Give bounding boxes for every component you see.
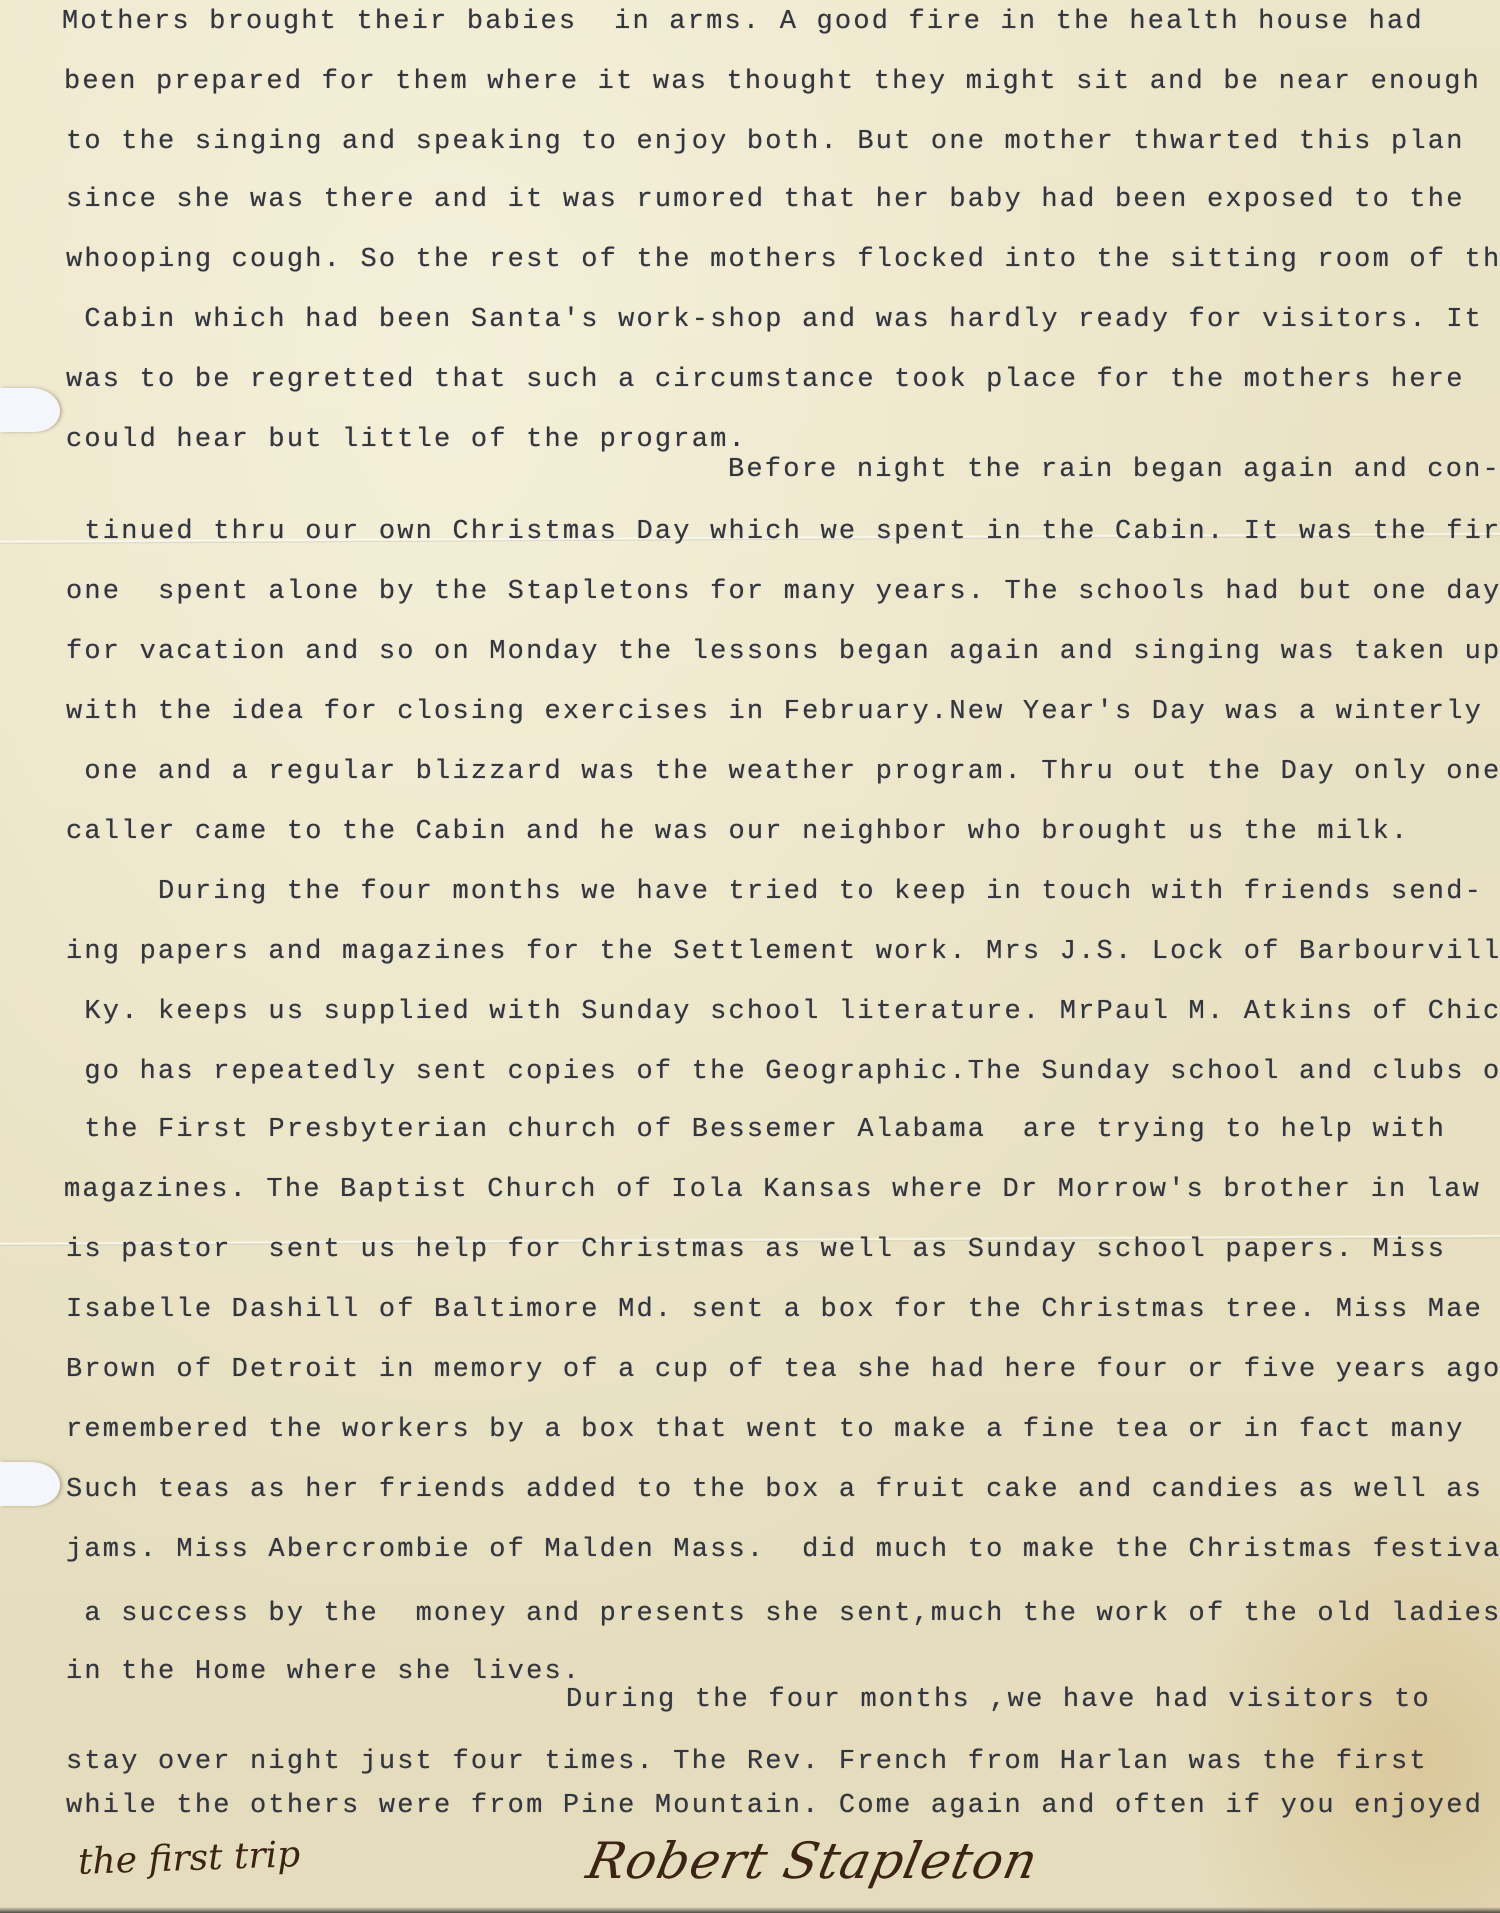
typed-line: could hear but little of the program. <box>66 424 747 456</box>
typed-line: ing papers and magazines for the Settlem… <box>66 936 1500 968</box>
typed-line: stay over night just four times. The Rev… <box>66 1746 1428 1778</box>
typed-line: remembered the workers by a box that wen… <box>66 1414 1465 1446</box>
typed-line: since she was there and it was rumored t… <box>66 184 1465 216</box>
typed-line: Mothers brought their babies in arms. A … <box>62 6 1424 38</box>
typed-line: magazines. The Baptist Church of Iola Ka… <box>64 1174 1481 1206</box>
signature: Robert Stapleton <box>582 1832 1044 1890</box>
typed-line: one spent alone by the Stapletons for ma… <box>66 576 1500 608</box>
typed-line: Brown of Detroit in memory of a cup of t… <box>66 1354 1500 1386</box>
typed-line: in the Home where she lives. <box>66 1656 581 1688</box>
typed-line: During the four months we have tried to … <box>66 876 1483 908</box>
typed-line: while the others were from Pine Mountain… <box>66 1790 1483 1822</box>
typed-line: is pastor sent us help for Christmas as … <box>66 1234 1446 1266</box>
typed-line: Cabin which had been Santa's work-shop a… <box>66 304 1483 336</box>
typed-letter-page: Mothers brought their babies in arms. A … <box>0 0 1500 1913</box>
typed-line: to the singing and speaking to enjoy bot… <box>66 126 1465 158</box>
typed-line: the First Presbyterian church of Besseme… <box>66 1114 1446 1146</box>
typed-line: whooping cough. So the rest of the mothe… <box>66 244 1500 276</box>
typed-line: jams. Miss Abercrombie of Malden Mass. d… <box>66 1534 1500 1566</box>
typed-line: go has repeatedly sent copies of the Geo… <box>66 1056 1500 1088</box>
typed-line: been prepared for them where it was thou… <box>64 66 1481 98</box>
typed-line: Isabelle Dashill of Baltimore Md. sent a… <box>66 1294 1483 1326</box>
typed-line: tinued thru our own Christmas Day which … <box>66 516 1500 548</box>
typed-line: a success by the money and presents she … <box>66 1598 1500 1630</box>
typed-line: for vacation and so on Monday the lesson… <box>66 636 1500 668</box>
typed-line: Before night the rain began again and co… <box>728 454 1500 486</box>
typed-line: one and a regular blizzard was the weath… <box>66 756 1500 788</box>
binder-hole <box>0 388 60 432</box>
typed-line: Ky. keeps us supplied with Sunday school… <box>66 996 1500 1028</box>
typed-line: During the four months ,we have had visi… <box>566 1684 1431 1716</box>
handwritten-note: the first trip <box>77 1834 301 1883</box>
binder-hole <box>0 1462 60 1506</box>
page-bottom-edge <box>0 1907 1500 1913</box>
typed-line: Such teas as her friends added to the bo… <box>66 1474 1483 1506</box>
typed-line: was to be regretted that such a circumst… <box>66 364 1465 396</box>
typed-line: with the idea for closing exercises in F… <box>66 696 1500 728</box>
typed-line: caller came to the Cabin and he was our … <box>66 816 1409 848</box>
